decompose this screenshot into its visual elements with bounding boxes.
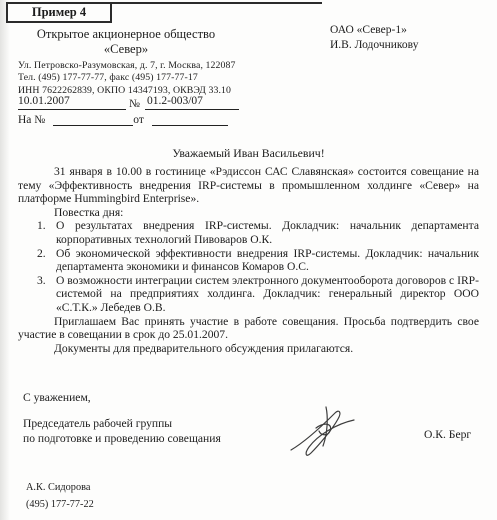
example-label-box: Пример 4 bbox=[6, 2, 112, 23]
org-name-line1: Открытое акционерное общество bbox=[0, 27, 252, 42]
executor-name: А.К. Сидорова bbox=[26, 480, 94, 497]
recipient-block: ОАО «Север-1» И.В. Лодочникову bbox=[330, 23, 418, 53]
org-name-line2: «Север» bbox=[0, 42, 252, 57]
number-sign: № bbox=[129, 98, 140, 110]
date-number-line: 10.01.2007№01.2-003/07 bbox=[18, 95, 239, 110]
closing-regards: С уважением, bbox=[23, 391, 91, 404]
signer-position-line1: Председатель рабочей группы bbox=[23, 416, 221, 431]
executor-phone: (495) 177-77-22 bbox=[26, 497, 94, 514]
agenda-item-number: 2. bbox=[37, 247, 46, 261]
org-address: Ул. Петровско-Разумовская, д. 7, г. Моск… bbox=[18, 60, 236, 72]
doc-number-field: 01.2-003/07 bbox=[145, 95, 239, 110]
signer-position-line2: по подготовке и проведению совещания bbox=[23, 431, 221, 446]
letterhead-org-name: Открытое акционерное общество «Север» bbox=[0, 27, 252, 56]
letter-body: 31 января в 10.00 в гостинице «Рэдиссон … bbox=[18, 165, 479, 355]
letter-page: Пример 4 Открытое акционерное общество «… bbox=[0, 0, 497, 520]
agenda-label: Повестка дня: bbox=[18, 206, 479, 220]
reference-line: На №от bbox=[18, 111, 228, 126]
executor-block: А.К. Сидорова (495) 177-77-22 bbox=[26, 480, 94, 513]
salutation: Уважаемый Иван Васильевич! bbox=[0, 146, 497, 161]
ref-from-label: от bbox=[133, 114, 144, 126]
recipient-person: И.В. Лодочникову bbox=[330, 38, 418, 53]
signer-position: Председатель рабочей группы по подготовк… bbox=[23, 416, 221, 446]
signer-name: О.К. Берг bbox=[424, 428, 471, 441]
agenda-item-number: 1. bbox=[37, 219, 46, 233]
agenda-item-text: О результатах внедрения IRP-системы. Док… bbox=[56, 219, 479, 246]
org-phone-fax: Тел. (495) 177-77-77, факс (495) 177-77-… bbox=[18, 72, 236, 84]
ref-number-blank bbox=[53, 111, 133, 126]
date-field: 10.01.2007 bbox=[18, 95, 126, 110]
handwritten-signature bbox=[288, 406, 360, 458]
body-paragraph-1: 31 января в 10.00 в гостинице «Рэдиссон … bbox=[18, 165, 479, 206]
agenda-item: 1.О результатах внедрения IRP-системы. Д… bbox=[18, 219, 479, 246]
agenda-item: 2.Об экономической эффективности внедрен… bbox=[18, 247, 479, 274]
agenda-item-text: Об экономической эффективности внедрения… bbox=[56, 247, 479, 274]
recipient-company: ОАО «Север-1» bbox=[330, 23, 418, 38]
agenda-item: 3.О возможности интеграции систем электр… bbox=[18, 274, 479, 315]
ref-date-blank bbox=[152, 111, 228, 126]
body-paragraph-2: Приглашаем Вас принять участие в работе … bbox=[18, 315, 479, 342]
letterhead-contacts: Ул. Петровско-Разумовская, д. 7, г. Моск… bbox=[18, 60, 236, 97]
agenda-item-text: О возможности интеграции систем электрон… bbox=[56, 274, 479, 314]
agenda-item-number: 3. bbox=[37, 274, 46, 288]
example-label: Пример 4 bbox=[32, 5, 86, 20]
ref-label: На № bbox=[18, 114, 45, 126]
body-paragraph-3: Документы для предварительного обсуждени… bbox=[18, 342, 479, 356]
